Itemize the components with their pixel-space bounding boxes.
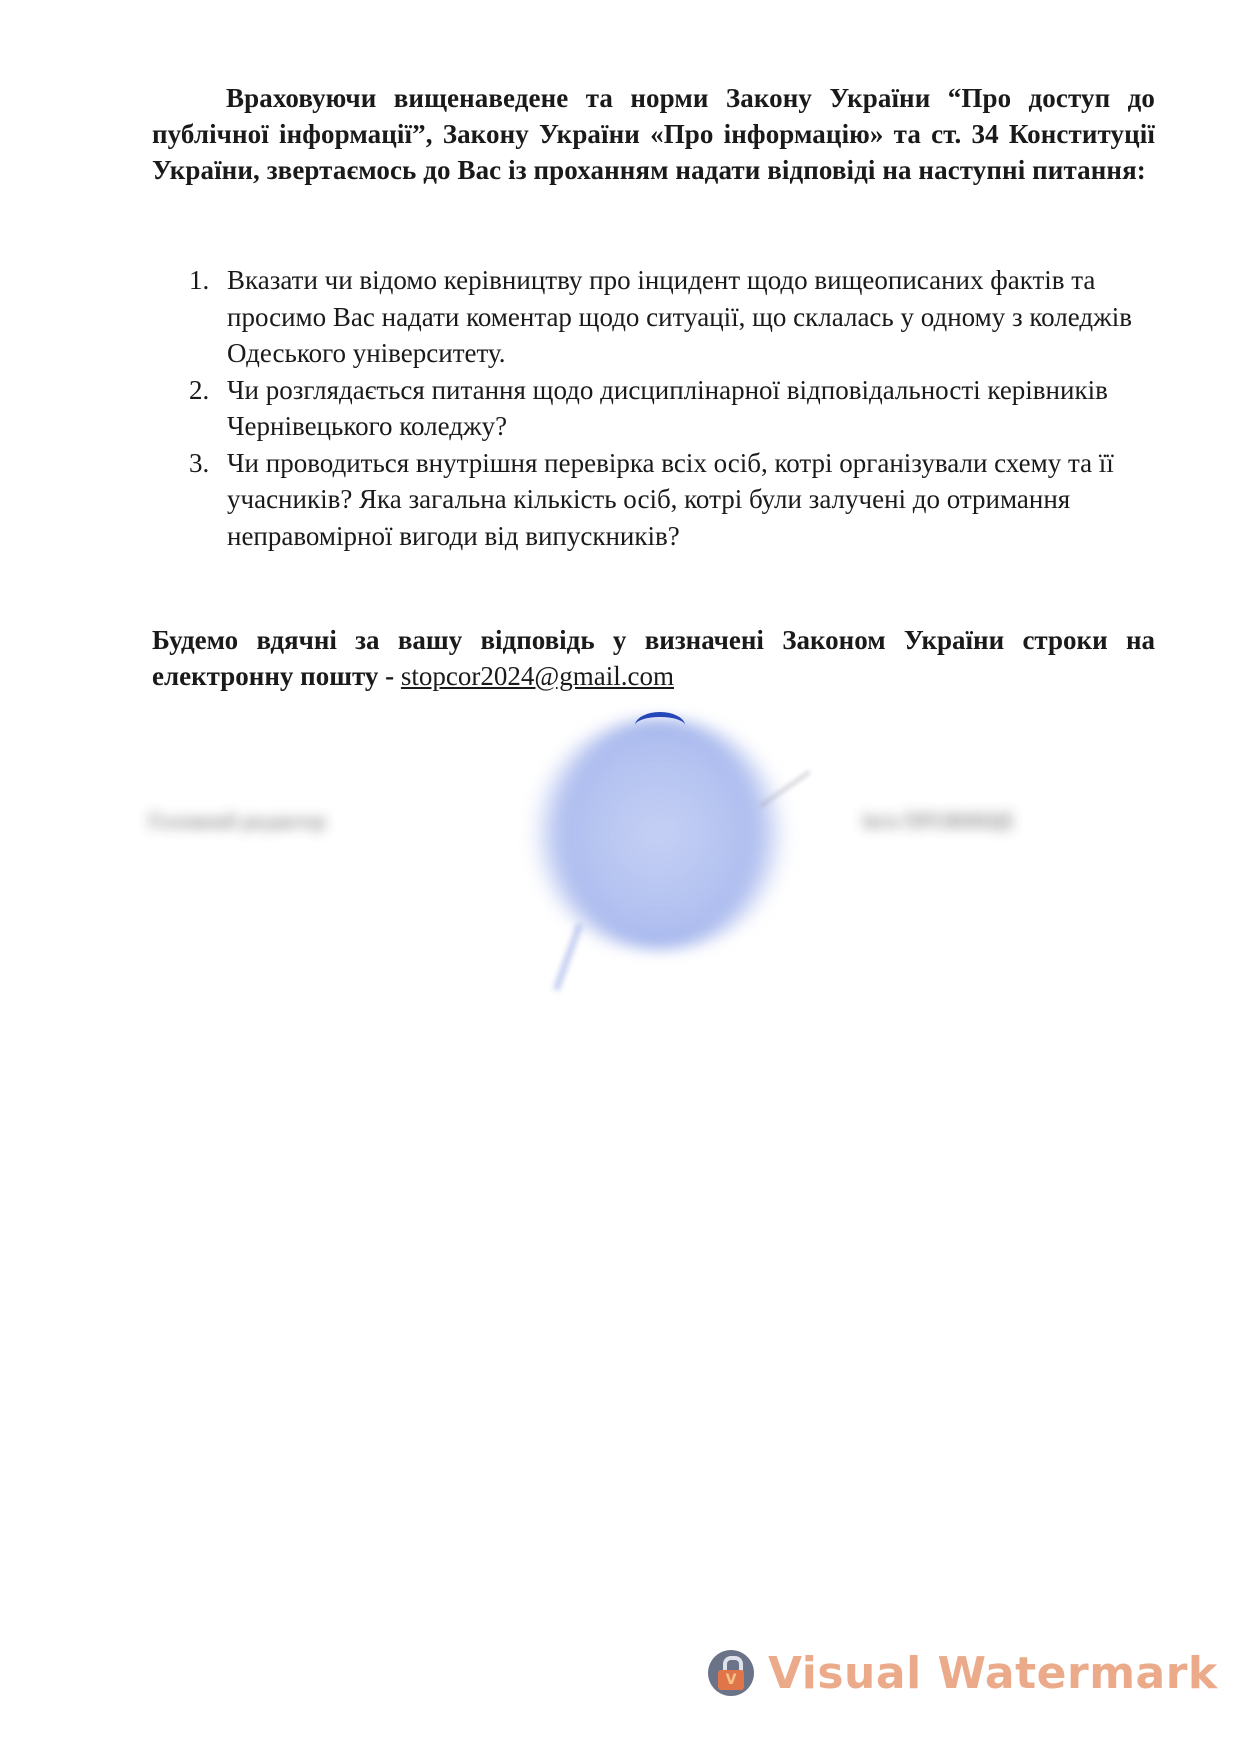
stamp-seal-icon — [547, 718, 771, 950]
list-item: 1. Вказати чи відомо керівництву про інц… — [152, 262, 1155, 372]
stamp-arc — [635, 712, 685, 739]
signature-title-blurred: Головний редактор — [148, 808, 408, 838]
question-number: 2. — [189, 372, 209, 409]
question-text: Вказати чи відомо керівництву про інциде… — [227, 265, 1132, 368]
question-text: Чи проводиться внутрішня перевірка всіх … — [227, 448, 1114, 551]
questions-list: 1. Вказати чи відомо керівництву про інц… — [152, 262, 1155, 554]
question-number: 3. — [189, 445, 209, 482]
watermark-text: Visual Watermark — [768, 1648, 1218, 1699]
signature-stroke — [553, 923, 583, 991]
visual-watermark: V Visual Watermark — [708, 1643, 1218, 1703]
official-stamp — [535, 712, 773, 980]
signature-name-blurred: Ім'я ПРІЗВИЩЕ — [862, 808, 1152, 838]
email-link[interactable]: stopcor2024@gmail.com — [401, 661, 674, 691]
intro-paragraph: Враховуючи вищенаведене та норми Закону … — [152, 80, 1155, 188]
list-item: 2. Чи розглядається питання щодо дисципл… — [152, 372, 1155, 445]
list-item: 3. Чи проводиться внутрішня перевірка вс… — [152, 445, 1155, 555]
question-text: Чи розглядається питання щодо дисципліна… — [227, 375, 1108, 442]
closing-paragraph: Будемо вдячні за вашу відповідь у визнач… — [152, 622, 1155, 694]
padlock-icon: V — [708, 1650, 754, 1696]
signature-stroke — [759, 770, 810, 808]
question-number: 1. — [189, 262, 209, 299]
